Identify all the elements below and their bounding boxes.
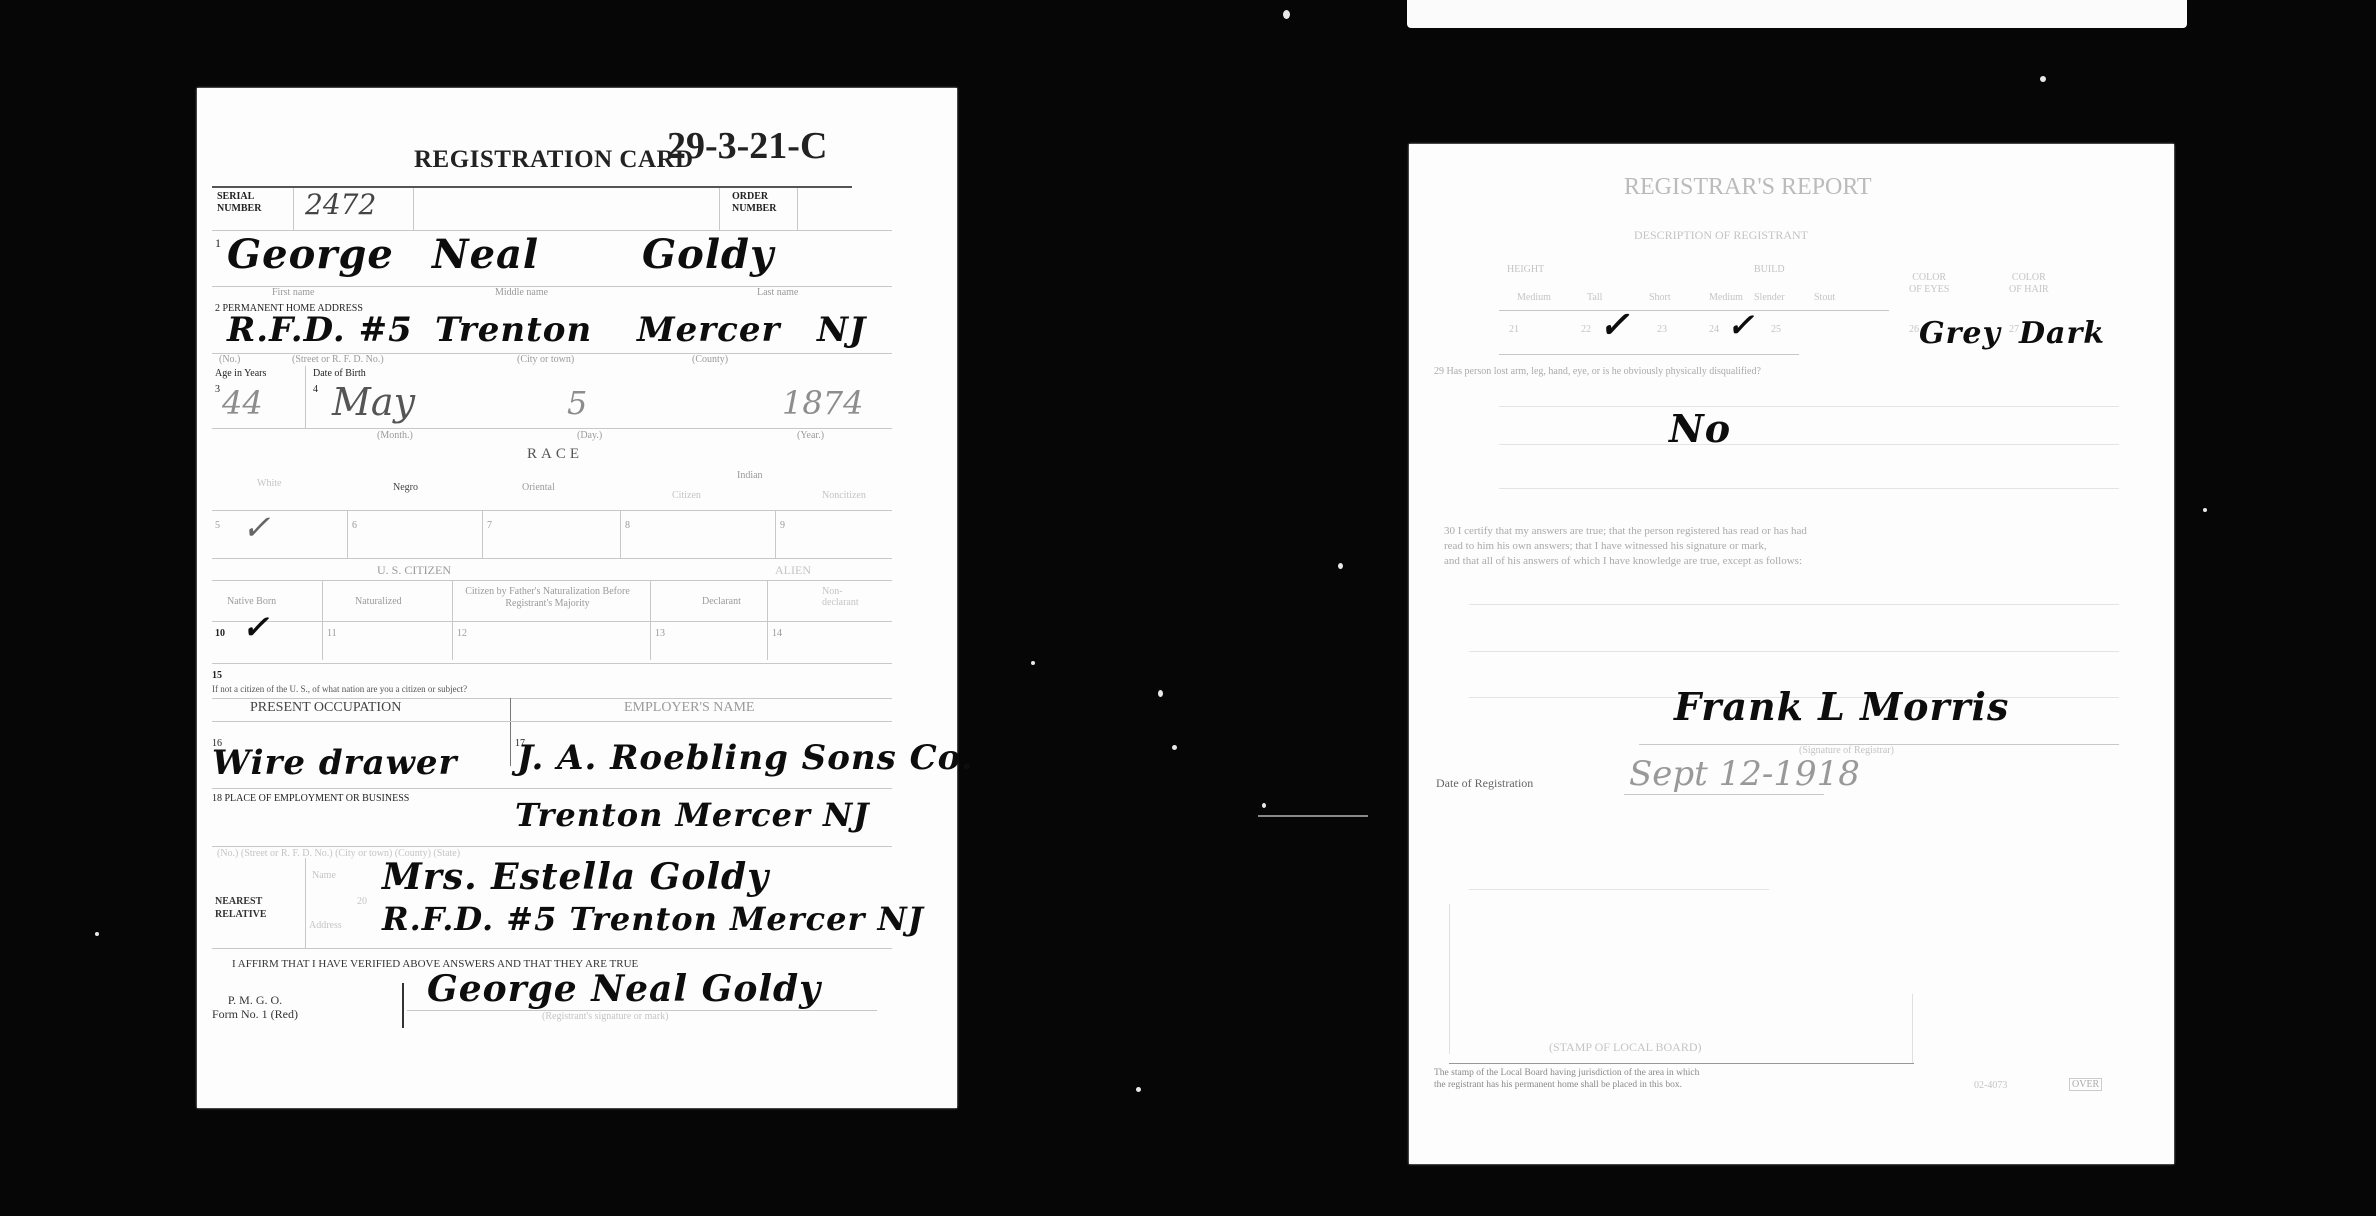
race-col-citizen: Citizen	[672, 490, 701, 501]
height-col-tall: Tall	[1587, 292, 1602, 303]
row-rule	[1499, 406, 2119, 407]
build-medium-check: ✓	[1727, 306, 1755, 344]
film-speck	[95, 932, 99, 936]
film-speck	[1262, 803, 1266, 808]
hair-label-line: OF HAIR	[2009, 284, 2049, 296]
native-born-check: ✓	[242, 608, 270, 646]
divider	[293, 188, 294, 230]
registrar-signature: Frank L Morris	[1674, 684, 2009, 729]
row-rule	[212, 558, 892, 559]
question-29: 29 Has person lost arm, leg, hand, eye, …	[1434, 366, 1761, 377]
caption: Last name	[757, 287, 798, 298]
field-number: 15	[212, 670, 222, 681]
row-rule	[212, 721, 892, 722]
eyes-label-line: COLOR	[1909, 272, 1949, 284]
dob-label: Date of Birth	[313, 368, 366, 379]
film-scratch	[1258, 815, 1368, 817]
date-of-registration-label: Date of Registration	[1436, 776, 1533, 791]
film-speck	[1338, 563, 1343, 569]
divider	[452, 580, 453, 660]
row-rule	[212, 428, 892, 429]
employer-value: J. A. Roebling Sons Co.	[517, 738, 974, 778]
adjacent-card-edge	[1407, 0, 2187, 28]
height-label: HEIGHT	[1507, 264, 1544, 275]
registrant-last-name: Goldy	[642, 231, 774, 278]
us-citizen-heading: U. S. CITIZEN	[377, 563, 451, 578]
build-col-medium: Medium	[1709, 292, 1743, 303]
row-rule	[1499, 310, 1889, 311]
race-col-negro: Negro	[393, 482, 418, 493]
build-col-stout: Stout	[1814, 292, 1835, 303]
row-rule	[1499, 488, 2119, 489]
divider	[775, 510, 776, 558]
divider	[510, 698, 511, 766]
stamp-note: The stamp of the Local Board having juri…	[1434, 1067, 1699, 1091]
stamp-note-line: The stamp of the Local Board having juri…	[1434, 1067, 1699, 1079]
citizen-col-native: Native Born	[227, 596, 276, 607]
film-speck	[1158, 690, 1163, 697]
race-heading: RACE	[527, 446, 583, 463]
stamp-rule	[1449, 1063, 1914, 1064]
row-rule	[212, 510, 892, 511]
place-value: Trenton Mercer NJ	[515, 796, 869, 834]
citizen-col-father: Citizen by Father's Naturalization Befor…	[465, 586, 630, 610]
caption: (Day.)	[577, 430, 602, 441]
form-id-line: P. M. G. O.	[212, 993, 298, 1007]
certify-line: 30 I certify that my answers are true; t…	[1444, 524, 1807, 539]
serial-label-line: NUMBER	[217, 203, 261, 215]
col-num: 22	[1581, 324, 1591, 335]
certify-line: and that all of his answers of which I h…	[1444, 554, 1807, 569]
hair-label: COLOR OF HAIR	[2009, 272, 2049, 296]
relative-label-line: RELATIVE	[215, 908, 267, 921]
citizen-num: 10	[215, 628, 225, 639]
hair-label-line: COLOR	[2009, 272, 2049, 284]
caption: Middle name	[495, 287, 548, 298]
row-rule	[212, 698, 892, 699]
nation-question: If not a citizen of the U. S., of what n…	[212, 684, 467, 694]
home-address-state: NJ	[817, 310, 866, 350]
registrars-report-back: REGISTRAR'S REPORT DESCRIPTION OF REGIST…	[1409, 144, 2174, 1164]
order-label-line: NUMBER	[732, 203, 776, 215]
occupation-heading: PRESENT OCCUPATION	[250, 700, 401, 716]
employer-heading: EMPLOYER'S NAME	[624, 700, 754, 716]
relative-name-label: Name	[312, 870, 336, 881]
home-address-city: Trenton	[435, 310, 592, 350]
order-code: 29-3-21-C	[667, 124, 827, 168]
eye-color-value: Grey	[1919, 316, 2001, 351]
caption: (No.)	[219, 354, 240, 365]
hair-color-value: Dark	[2019, 316, 2105, 351]
caption: (Street or R. F. D. No.)	[292, 354, 384, 365]
row-rule	[1469, 651, 2119, 652]
divider	[797, 188, 798, 230]
eyes-label: COLOR OF EYES	[1909, 272, 1949, 296]
form-id: P. M. G. O. Form No. 1 (Red)	[212, 993, 298, 1021]
dob-month: May	[332, 380, 415, 424]
relative-address-label: Address	[309, 920, 342, 931]
relative-address: R.F.D. #5 Trenton Mercer NJ	[382, 900, 924, 938]
col-num: 25	[1771, 324, 1781, 335]
race-num: 5	[215, 520, 220, 531]
home-address-street: R.F.D. #5	[227, 310, 413, 350]
citizen-num: 14	[772, 628, 782, 639]
eyes-label-line: OF EYES	[1909, 284, 1949, 296]
divider	[620, 510, 621, 558]
stamp-box-edge	[1449, 904, 1450, 1054]
over-label: OVER	[2069, 1078, 2102, 1091]
race-num: 8	[625, 520, 630, 531]
divider	[482, 510, 483, 558]
race-col-white: White	[257, 478, 281, 489]
stamp-label: (STAMP OF LOCAL BOARD)	[1549, 1040, 1702, 1055]
film-speck	[2040, 76, 2046, 82]
serial-label: SERIAL NUMBER	[217, 191, 261, 215]
row-rule	[212, 663, 892, 664]
divider	[305, 858, 306, 948]
order-label-line: ORDER	[732, 191, 776, 203]
report-title: REGISTRAR'S REPORT	[1624, 174, 1872, 201]
row-rule	[1624, 794, 1824, 795]
serial-label-line: SERIAL	[217, 191, 261, 203]
caption: (City or town)	[517, 354, 574, 365]
row-rule	[1499, 354, 1799, 355]
race-indian-label: Indian	[737, 470, 763, 481]
citizen-num: 12	[457, 628, 467, 639]
film-speck	[1172, 745, 1177, 750]
order-label: ORDER NUMBER	[732, 191, 776, 215]
build-col-slender: Slender	[1754, 292, 1785, 303]
row-rule	[212, 580, 892, 581]
age-label: Age in Years	[215, 368, 266, 379]
row-rule	[212, 846, 892, 847]
relative-name: Mrs. Estella Goldy	[382, 856, 769, 898]
row-rule	[1469, 604, 2119, 605]
citizen-num: 11	[327, 628, 337, 639]
build-label: BUILD	[1754, 264, 1785, 275]
height-tall-check: ✓	[1599, 304, 1630, 346]
col-num: 21	[1509, 324, 1519, 335]
citizen-num: 13	[655, 628, 665, 639]
field-number: 20	[357, 896, 367, 907]
serial-number: 2472	[305, 188, 376, 221]
row-rule	[212, 621, 892, 622]
race-col-oriental: Oriental	[522, 482, 555, 493]
registrant-signature: George Neal Goldy	[427, 968, 821, 1010]
certify-line: read to him his own answers; that I have…	[1444, 539, 1807, 554]
registrant-first-name: George	[227, 231, 394, 278]
film-speck	[1031, 661, 1035, 665]
race-num: 6	[352, 520, 357, 531]
citizen-col-naturalized: Naturalized	[355, 596, 402, 607]
caption: (County)	[692, 354, 728, 365]
stamp-note-line: the registrant has his permanent home sh…	[1434, 1079, 1699, 1091]
caption: First name	[272, 287, 315, 298]
dob-year: 1874	[782, 384, 863, 422]
caption: (Month.)	[377, 430, 413, 441]
form-code: 02-4073	[1974, 1080, 2007, 1091]
col-num: 23	[1657, 324, 1667, 335]
row-rule	[1469, 889, 1769, 890]
home-address-county: Mercer	[637, 310, 780, 350]
relative-label: NEAREST RELATIVE	[215, 895, 267, 921]
alien-col-nondeclarant: Non-declarant	[822, 586, 872, 608]
field-number: 1	[215, 236, 221, 251]
signature-caption: (Registrant's signature or mark)	[542, 1011, 669, 1022]
signature-mark	[402, 983, 404, 1028]
race-num: 9	[780, 520, 785, 531]
col-num: 27	[2009, 324, 2019, 335]
row-rule	[212, 788, 892, 789]
col-num: 24	[1709, 324, 1719, 335]
form-id-line: Form No. 1 (Red)	[212, 1007, 298, 1021]
film-speck	[1283, 10, 1290, 19]
divider	[650, 580, 651, 660]
divider	[305, 366, 306, 428]
race-white-check: ✓	[242, 508, 271, 548]
race-num: 7	[487, 520, 492, 531]
race-col-noncitizen: Noncitizen	[822, 490, 866, 501]
stamp-box-edge	[1912, 994, 1913, 1064]
divider	[767, 580, 768, 660]
row-rule	[1499, 444, 2119, 445]
film-speck	[1136, 1087, 1141, 1092]
occupation-value: Wire drawer	[212, 743, 457, 783]
divider	[719, 188, 720, 230]
certify-text: 30 I certify that my answers are true; t…	[1444, 524, 1807, 569]
report-subtitle: DESCRIPTION OF REGISTRANT	[1634, 228, 1808, 243]
card-title: REGISTRATION CARD	[414, 146, 694, 174]
caption: (Year.)	[797, 430, 824, 441]
height-col-medium: Medium	[1517, 292, 1551, 303]
divider	[322, 580, 323, 660]
place-label: 18 PLACE OF EMPLOYMENT OR BUSINESS	[212, 793, 409, 804]
alien-heading: ALIEN	[775, 563, 811, 578]
dob-day: 5	[567, 384, 587, 422]
age-value: 44	[222, 384, 263, 422]
height-col-short: Short	[1649, 292, 1671, 303]
col-num: 26	[1909, 324, 1919, 335]
divider	[347, 510, 348, 558]
film-speck	[2203, 508, 2207, 512]
divider	[413, 188, 414, 230]
row-rule	[212, 948, 892, 949]
relative-label-line: NEAREST	[215, 895, 267, 908]
field-number: 4	[313, 384, 318, 395]
date-of-registration-value: Sept 12-1918	[1629, 754, 1860, 794]
field-number: 3	[215, 384, 220, 395]
alien-col-declarant: Declarant	[702, 596, 741, 607]
registrant-middle-name: Neal	[432, 231, 539, 278]
registration-card-front: REGISTRATION CARD 29-3-21-C SERIAL NUMBE…	[197, 88, 957, 1108]
